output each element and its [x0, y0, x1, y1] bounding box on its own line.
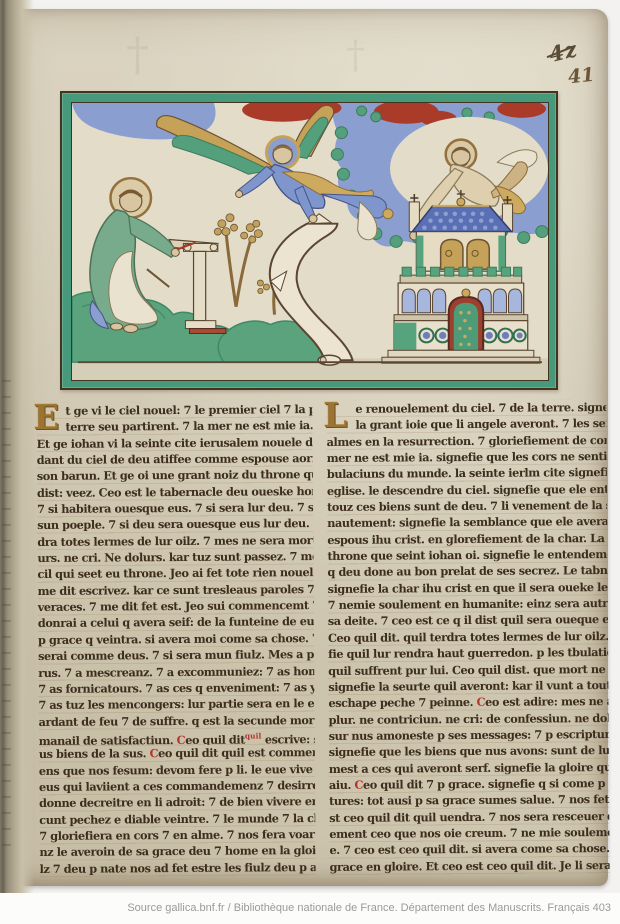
manuscript-text-line: p grace q veintra. si avera moi come sa …	[38, 630, 314, 648]
manuscript-text-line: fie quil lur rendra haut guerredon. p le…	[328, 644, 608, 662]
manuscript-text-line: donne decreitre en li adroit: 7 de bien …	[39, 793, 315, 811]
manuscript-text-line: cunt pechez e diable veintre. 7 le munde…	[39, 810, 315, 828]
manuscript-text-line: cil qui seet eu throne. Jeo ai fet tote …	[37, 564, 313, 582]
manuscript-text-line: Ceo quil dit. quil terdra totes lermes d…	[328, 628, 608, 646]
manuscript-text-line: almes en la resurrection. 7 gloriefiemen…	[327, 432, 607, 450]
manuscript-text-line: mer ne est mie ia. signefie que les cors…	[327, 448, 607, 466]
manuscript-text-line: ens que nos fesum: devom fere p li. le e…	[39, 761, 315, 779]
manuscript-text-line: plur. ne contriciun. ne cri: de confessi…	[328, 710, 608, 728]
parchment-page: † † 4z 41	[6, 9, 608, 886]
manuscript-text-line: son barun. Et ge oi une grant noiz du th…	[37, 466, 313, 484]
manuscript-text-line: rus. 7 a mescreanz. 7 a excommuniez: 7 a…	[38, 663, 314, 681]
saint-john-figure	[90, 178, 196, 332]
manuscript-text-line: aiu. Ceo quil dit 7 p grace. signefie q …	[329, 775, 609, 793]
manuscript-text-line: lz 7 deu p nate nos ad fet estre les fiu…	[40, 859, 316, 877]
manuscript-text-line: eus qui laviient a ces commandemenz 7 de…	[39, 777, 315, 795]
manuscript-text-line: 7 as tuz les mencongers: lur partie sera…	[38, 695, 314, 713]
manuscript-text-line: nautement: signefie la semblance que ele…	[327, 513, 607, 531]
show-through-cross: †	[346, 33, 365, 77]
text-column-left: E t ge vi le ciel nouel: 7 le premier ci…	[36, 401, 315, 879]
attribution-footer: Source gallica.bnf.fr / Bibliothèque nat…	[0, 893, 620, 924]
manuscript-text-line: espous ihu crist. en glorefiement de la …	[327, 530, 607, 548]
manuscript-text-line: veraces. 7 me dit fet est. Jeo sui comme…	[38, 597, 314, 615]
manuscript-text-line: la grant ioie que li angele averont. 7 l…	[326, 415, 606, 433]
manuscript-text-line: ement ceo que nos oie creum. 7 ne mie so…	[329, 824, 609, 842]
text-lines-right: e renouelement du ciel. 7 de la terre. s…	[326, 399, 609, 875]
manuscript-text-line: bulaciuns du munde. la seinte ierlm cite…	[327, 464, 607, 482]
manuscript-text-line: nz le averoin de sa grace deu 7 home en …	[39, 842, 315, 860]
manuscript-text-block: E t ge vi le ciel nouel: 7 le premier ci…	[34, 399, 609, 881]
manuscript-text-line: t ge vi le ciel nouel: 7 le premier ciel…	[36, 401, 312, 419]
manuscript-text-line: st ceo quil dit quil uendra. 7 nos sera …	[329, 808, 609, 826]
manuscript-text-line: Et ge iohan vi la seinte cite ierusalem …	[37, 434, 313, 452]
manuscript-text-line: dant du ciel de deu atiffee comme espous…	[37, 450, 313, 468]
manuscript-text-line: donrai a celui q avera seif: de la funte…	[38, 614, 314, 632]
manuscript-text-line: signefie que les biens que nus avons: su…	[329, 742, 609, 760]
manuscript-text-line: manail de satisfactiun. Ceo quil ditquil…	[39, 728, 315, 746]
manuscript-text-line: 7 nemie soulement en humanite: einz sera…	[328, 595, 608, 613]
manuscript-text-line: me dit escrivez. kar ce sunt tresleaus p…	[38, 581, 314, 599]
old-foliation-mark: 4z	[546, 36, 580, 67]
show-through-cross: †	[126, 27, 149, 81]
manuscript-text-line: e. 7 ceo est ceo quil dit. si avera come…	[329, 840, 609, 858]
manuscript-text-line: sur nus amoneste p ses messages: 7 p esc…	[329, 726, 609, 744]
manuscript-text-line: dra totes lermes de lur oilz. 7 mes ne s…	[37, 532, 313, 550]
manuscript-text-line: grace en gloire. Et ceo est ceo quil dit…	[330, 857, 610, 875]
manuscript-text-line: terre seu partirent. 7 la mer ne est mie…	[36, 417, 312, 435]
manuscript-text-line: urs. ne cri. Ne dolurs. kar tuz sunt pas…	[37, 548, 313, 566]
folio-number: 41	[567, 64, 596, 89]
manuscript-text-line: throne que seint iohan oi. signefie le e…	[327, 546, 607, 564]
manuscript-text-line: 7 as fornicatours. 7 as ces q enveniment…	[38, 679, 314, 697]
text-column-right: L e renouelement du ciel. 7 de la terre.…	[326, 399, 609, 877]
manuscript-text-line: sa deite. 7 ceo est ce q il dist quil se…	[328, 611, 608, 629]
manuscript-text-line: serai comme deus. 7 si sera mun fiulz. M…	[38, 646, 314, 664]
manuscript-text-line: e renouelement du ciel. 7 de la terre. s…	[326, 399, 606, 417]
miniature-scene	[71, 102, 549, 381]
manuscript-text-line: mest a ces qui averont serf. signefie la…	[329, 759, 609, 777]
text-lines-left: t ge vi le ciel nouel: 7 le premier ciel…	[36, 401, 315, 877]
manuscript-text-line: dist: veez. Ceo est le tabernacle deu ou…	[37, 483, 313, 501]
attribution-text: Source gallica.bnf.fr / Bibliothèque nat…	[127, 893, 611, 924]
digitized-manuscript-scan: † † 4z 41	[0, 0, 620, 924]
manuscript-text-line: tures: tot ausi p sa grace sumes salue. …	[329, 791, 609, 809]
manuscript-text-line: eglise. le descendre du ciel. signefie q…	[327, 481, 607, 499]
manuscript-text-line: sun poeple. 7 si deu sera ouesque eus lu…	[37, 515, 313, 533]
manuscript-text-line: q deu done au bon prelat de ses secrez. …	[327, 562, 607, 580]
manuscript-text-line: ardant de feu 7 de suffre. q est la secu…	[39, 712, 315, 730]
manuscript-text-line: us biens de la sus. Ceo quil dit quil es…	[39, 744, 315, 762]
manuscript-text-line: signefie la seurte quil averont: kar il …	[328, 677, 608, 695]
manuscript-text-line: 7 gloriefiera en cors 7 en alme. 7 nos f…	[39, 826, 315, 844]
manuscript-text-line: quil suffrent pur lui. Ceo quil dist. qu…	[328, 661, 608, 679]
illuminated-miniature-frame	[60, 91, 558, 390]
manuscript-text-line: 7 si habitera ouesque eus. 7 si sera lur…	[37, 499, 313, 517]
manuscript-text-line: eschape peche 7 peinne. Ceo est adire: m…	[328, 693, 608, 711]
manuscript-text-line: touz ces biens sunt de deu. 7 li venemen…	[327, 497, 607, 515]
manuscript-text-line: signefie la char ihu crist en que il ser…	[328, 579, 608, 597]
